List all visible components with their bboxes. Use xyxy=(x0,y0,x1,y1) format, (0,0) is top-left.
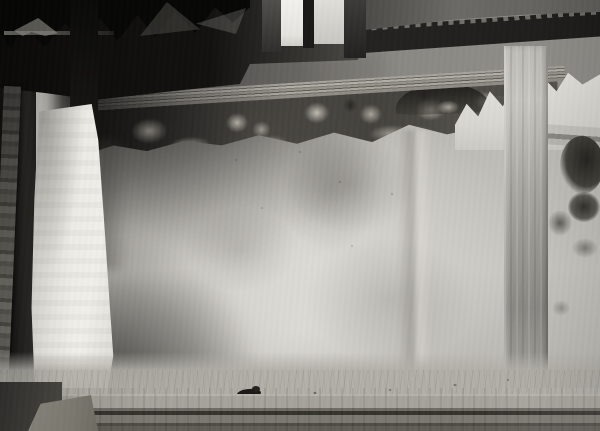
room-photograph xyxy=(0,0,600,431)
window-pane-right xyxy=(314,0,344,44)
window-mullion xyxy=(303,0,314,48)
window-opening xyxy=(256,0,368,60)
damp-stain xyxy=(552,300,570,316)
damp-stain xyxy=(548,210,572,236)
damp-stain xyxy=(560,136,600,194)
damp-stain xyxy=(572,238,598,258)
damp-stain xyxy=(568,192,600,222)
wall-corner xyxy=(398,130,432,375)
window-post-right xyxy=(344,0,366,58)
window-post-left xyxy=(262,0,281,52)
window-pane-left xyxy=(281,0,303,46)
